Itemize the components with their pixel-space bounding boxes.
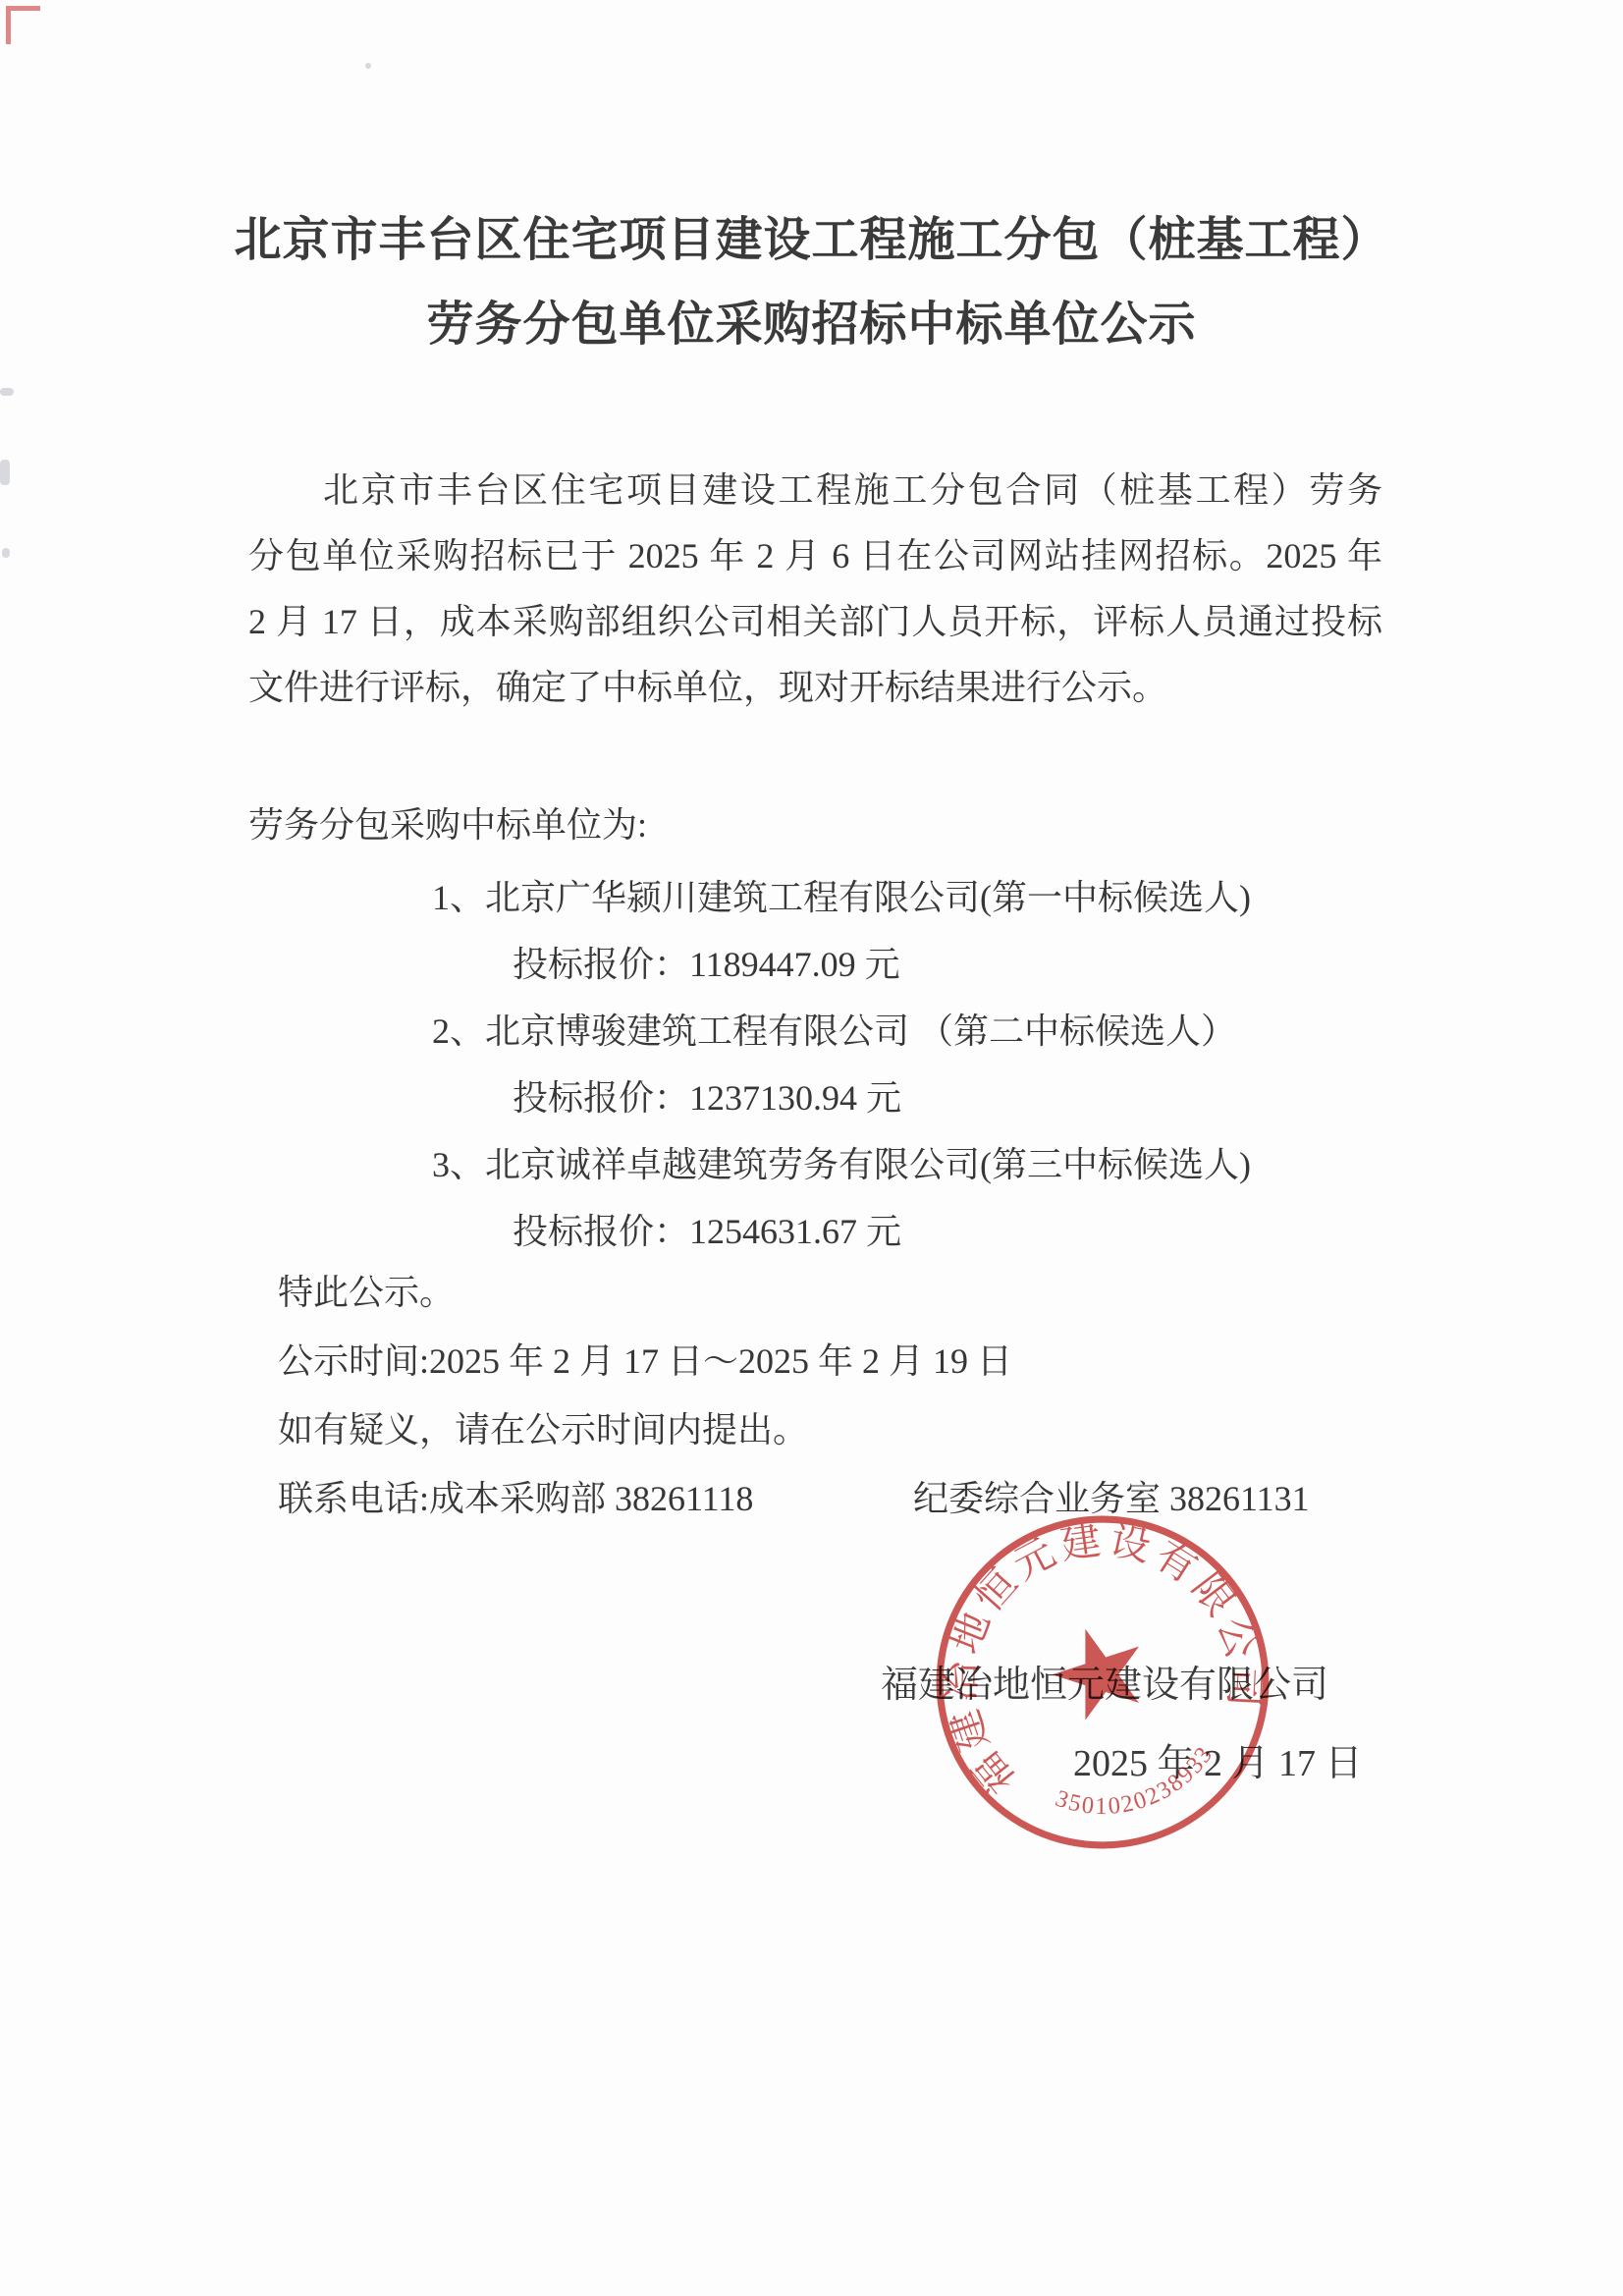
scan-smudge: [0, 460, 10, 485]
winner-name: 2、北京博骏建筑工程有限公司 （第二中标候选人）: [432, 998, 1251, 1065]
objection-line: 如有疑义，请在公示时间内提出。: [278, 1402, 808, 1452]
document-title-line2: 劳务分包单位采购招标中标单位公示: [0, 286, 1623, 354]
seal-star-icon: [1042, 1614, 1156, 1725]
scan-smudge: [0, 388, 14, 396]
official-seal: 福建冶地恒元建设有限公司 3501020238933: [889, 1468, 1317, 1896]
document-title-line1: 北京市丰台区住宅项目建设工程施工分包（桩基工程）: [0, 201, 1623, 269]
scan-corner-mark: [6, 6, 40, 44]
paragraph-line: 文件进行评标，确定了中标单位，现对开标结果进行公示。: [248, 655, 1382, 721]
notice-line: 特此公示。: [278, 1265, 455, 1315]
scan-speck: [365, 63, 371, 69]
winner-name: 1、北京广华颍川建筑工程有限公司(第一中标候选人): [432, 864, 1251, 931]
winners-list: 1、北京广华颍川建筑工程有限公司(第一中标候选人) 投标报价：1189447.0…: [432, 864, 1251, 1265]
winner-name: 3、北京诚祥卓越建筑劳务有限公司(第三中标候选人): [432, 1131, 1251, 1198]
winners-heading: 劳务分包采购中标单位为:: [248, 797, 647, 847]
contact-phone-left: 联系电话:成本采购部 38261118: [278, 1471, 753, 1521]
winner-price: 投标报价：1254631.67 元: [432, 1198, 1251, 1265]
seal-number-text: 3501020238933: [1046, 1736, 1228, 1840]
scan-smudge: [2, 548, 10, 558]
publicity-period-line: 公示时间:2025 年 2 月 17 日～2025 年 2 月 19 日: [278, 1334, 1012, 1384]
winner-price: 投标报价：1189447.09 元: [432, 931, 1251, 998]
paragraph-line: 北京市丰台区住宅项目建设工程施工分包合同（桩基工程）劳务: [248, 458, 1382, 523]
paragraph-line: 2 月 17 日，成本采购部组织公司相关部门人员开标，评标人员通过投标: [248, 589, 1382, 655]
document-page: 北京市丰台区住宅项目建设工程施工分包（桩基工程） 劳务分包单位采购招标中标单位公…: [0, 0, 1623, 2296]
paragraph-line: 分包单位采购招标已于 2025 年 2 月 6 日在公司网站挂网招标。2025 …: [248, 523, 1382, 589]
intro-paragraph: 北京市丰台区住宅项目建设工程施工分包合同（桩基工程）劳务 分包单位采购招标已于 …: [248, 458, 1382, 721]
winner-price: 投标报价：1237130.94 元: [432, 1065, 1251, 1131]
